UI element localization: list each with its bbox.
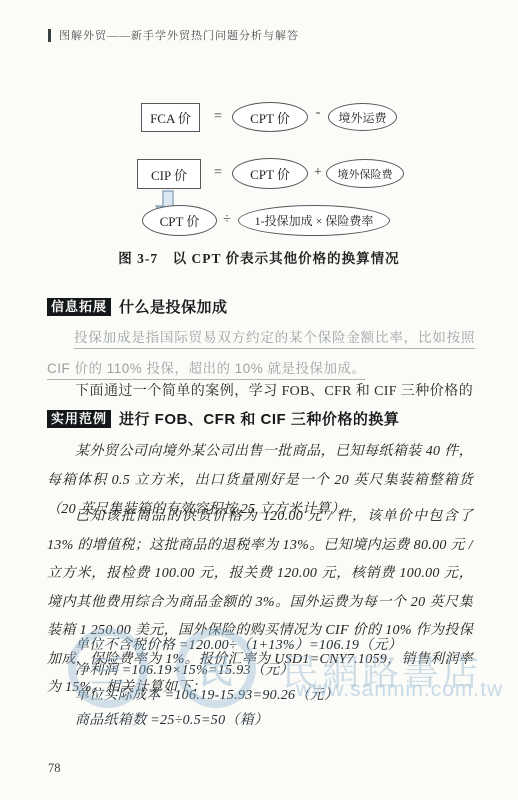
- cpt-ellipse: CPT 价: [232, 158, 308, 189]
- divide-operator: ÷: [217, 205, 237, 234]
- formula-actual-cost: 单位实际成本 =106.19-15.93=90.26（元）: [47, 683, 473, 708]
- info-badge: 信息拓展: [47, 298, 111, 316]
- equals-operator: =: [206, 159, 230, 187]
- overseas-insurance-ellipse: 境外保险费: [326, 159, 404, 188]
- calculation-formulas: 单位不含税价格 =120.00÷（1+13%）=106.19（元） 净利润 =1…: [47, 633, 473, 733]
- overseas-freight-ellipse: 境外运费: [328, 103, 397, 131]
- equals-operator: =: [206, 103, 230, 130]
- markup-rate-ellipse: 1-投保加成 × 保险费率: [238, 205, 390, 236]
- minus-operator: -: [308, 99, 328, 126]
- formula-carton-count: 商品纸箱数 =25÷0.5=50（箱）: [47, 708, 473, 733]
- example-section-title: 进行 FOB、CFR 和 CIF 三种价格的换算: [119, 408, 399, 429]
- info-section-body: 投保加成是指国际贸易双方约定的某个保险金额比率，比如按照 CIF 价的 110%…: [47, 322, 475, 384]
- example-section-header: 实用范例 进行 FOB、CFR 和 CIF 三种价格的换算: [47, 408, 399, 429]
- fca-box: FCA 价: [141, 103, 200, 132]
- figure-caption: 图 3-7 以 CPT 价表示其他价格的换算情况: [0, 247, 518, 267]
- example-badge: 实用范例: [47, 410, 111, 428]
- cip-box: CIP 价: [137, 159, 201, 189]
- formula-net-profit: 净利润 =106.19×15%=15.93（元）: [47, 658, 473, 683]
- header-accent-bar: [48, 29, 51, 42]
- cpt-ellipse: CPT 价: [142, 205, 217, 236]
- plus-operator: +: [308, 159, 328, 187]
- page-number: 78: [48, 761, 61, 776]
- cpt-ellipse: CPT 价: [232, 102, 308, 132]
- price-conversion-diagram: FCA 价 = CPT 价 - 境外运费 CIP 价 = CPT 价 + 境外保…: [0, 95, 518, 245]
- book-title: 图解外贸——新手学外贸热门问题分析与解答: [59, 27, 299, 43]
- formula-unit-price: 单位不含税价格 =120.00÷（1+13%）=106.19（元）: [47, 633, 473, 658]
- info-section-title: 什么是投保加成: [119, 296, 228, 317]
- info-section-header: 信息拓展 什么是投保加成: [47, 296, 228, 317]
- page-header: 图解外贸——新手学外贸热门问题分析与解答: [48, 27, 299, 43]
